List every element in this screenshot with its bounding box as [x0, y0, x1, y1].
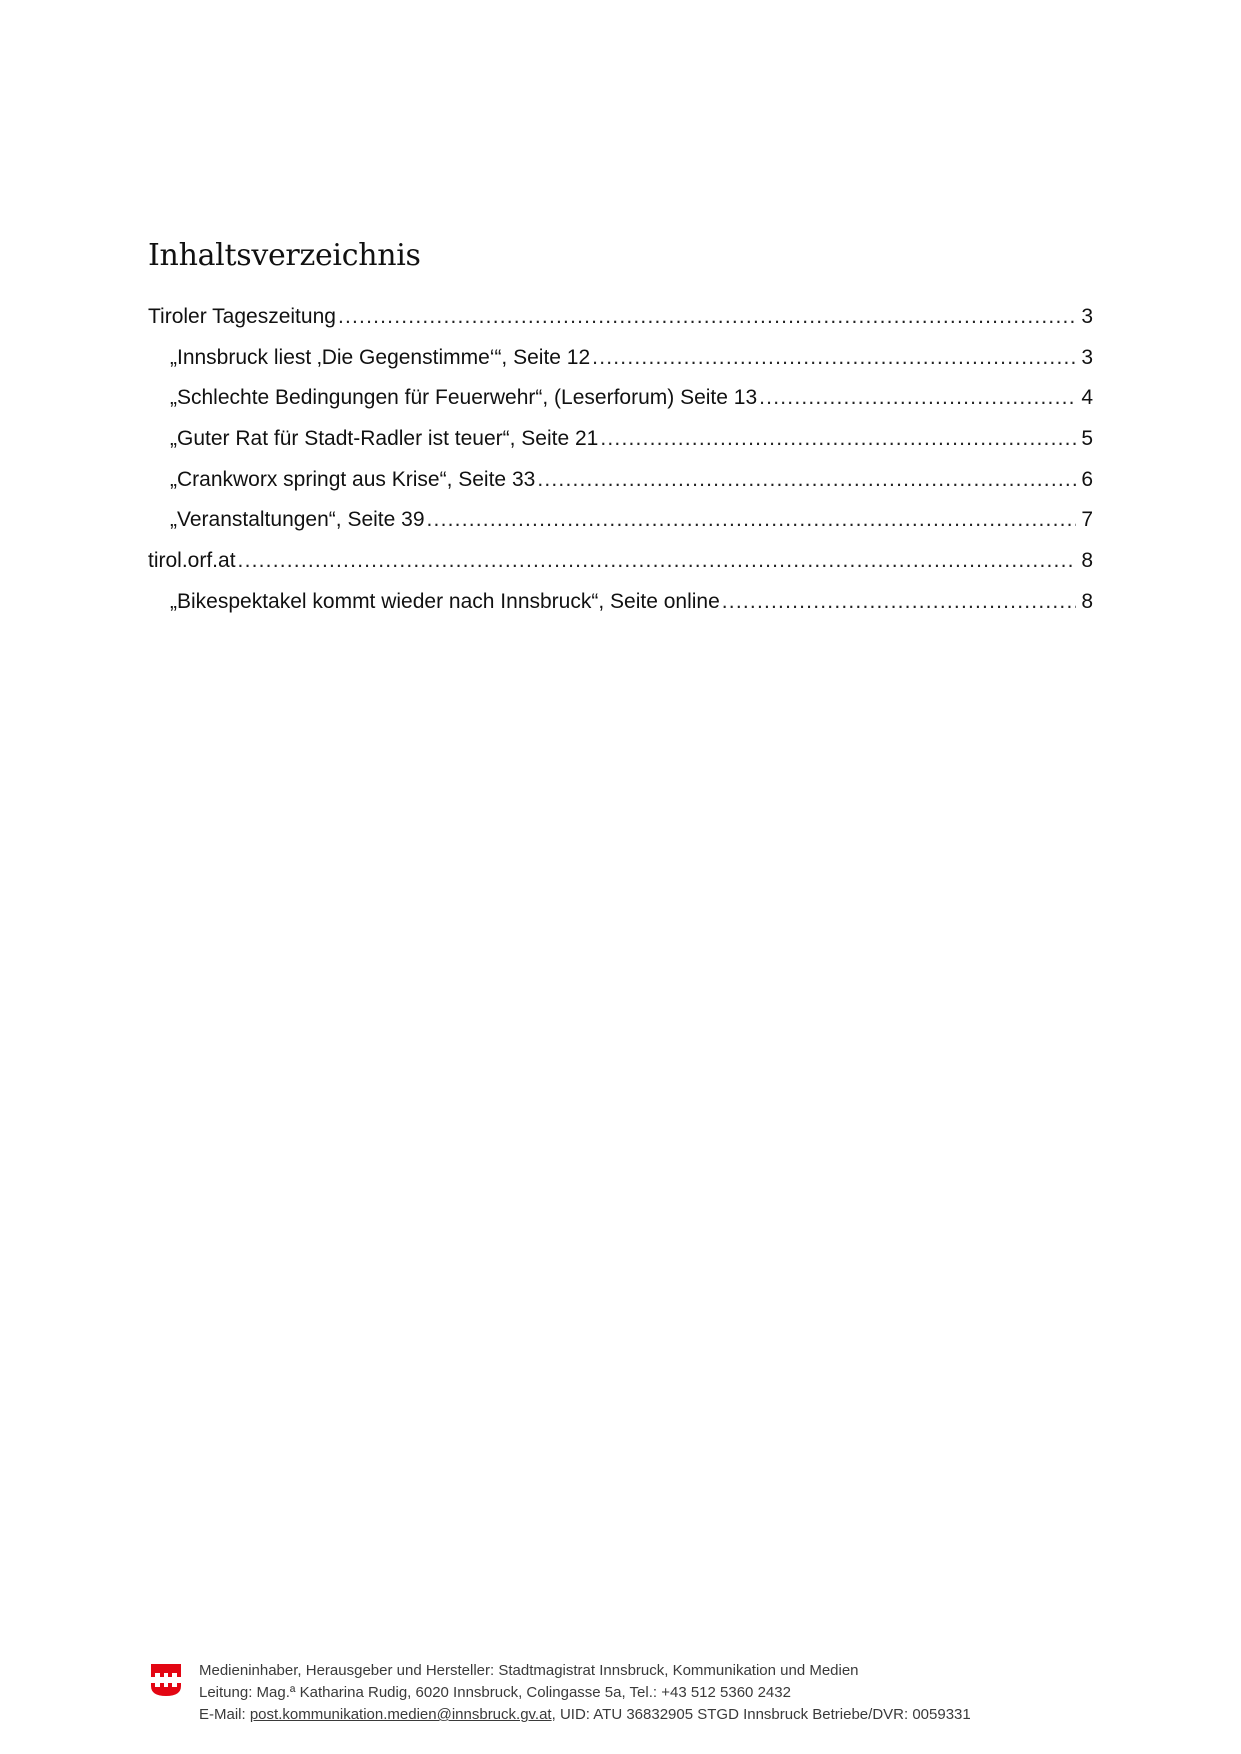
toc-page-number: 8: [1079, 548, 1093, 574]
toc-dot-leader: [600, 426, 1076, 452]
toc-entry-label: „Innsbruck liest ‚Die Gegenstimme‘“, Sei…: [170, 345, 590, 371]
toc-dot-leader: [722, 589, 1076, 615]
toc-dot-leader: [238, 548, 1076, 574]
page-title: Inhaltsverzeichnis: [148, 236, 421, 276]
footer-email-line: E-Mail: post.kommunikation.medien@innsbr…: [199, 1704, 971, 1726]
toc-dot-leader: [759, 385, 1076, 411]
toc-entry[interactable]: „Guter Rat für Stadt-Radler ist teuer“, …: [148, 426, 1093, 467]
toc-entry[interactable]: tirol.orf.at 8: [148, 548, 1093, 589]
toc-entry-label: tirol.orf.at: [148, 548, 236, 574]
footer-imprint: Medieninhaber, Herausgeber und Herstelle…: [199, 1660, 971, 1726]
toc-entry[interactable]: „Innsbruck liest ‚Die Gegenstimme‘“, Sei…: [148, 345, 1093, 386]
toc-entry-label: Tiroler Tageszeitung: [148, 304, 336, 330]
footer-email-link[interactable]: post.kommunikation.medien@innsbruck.gv.a…: [250, 1706, 552, 1723]
toc-entry-label: „Crankworx springt aus Krise“, Seite 33: [170, 467, 535, 493]
footer-contact-line: Leitung: Mag.ª Katharina Rudig, 6020 Inn…: [199, 1682, 971, 1704]
toc-dot-leader: [427, 507, 1076, 533]
toc-entry[interactable]: „Bikespektakel kommt wieder nach Innsbru…: [148, 589, 1093, 630]
toc-page-number: 8: [1079, 589, 1093, 615]
toc-dot-leader: [537, 467, 1076, 493]
toc-dot-leader: [592, 345, 1076, 371]
toc-dot-leader: [338, 304, 1076, 330]
toc-page-number: 5: [1079, 426, 1093, 452]
toc-entry-label: „Bikespektakel kommt wieder nach Innsbru…: [170, 589, 720, 615]
toc-page-number: 6: [1079, 467, 1093, 493]
toc-entry-label: „Schlechte Bedingungen für Feuerwehr“, (…: [170, 385, 757, 411]
table-of-contents: Tiroler Tageszeitung 3 „Innsbruck liest …: [148, 304, 1093, 630]
toc-page-number: 3: [1079, 345, 1093, 371]
toc-page-number: 3: [1079, 304, 1093, 330]
toc-page-number: 4: [1079, 385, 1093, 411]
toc-entry-label: „Veranstaltungen“, Seite 39: [170, 507, 425, 533]
toc-page-number: 7: [1079, 507, 1093, 533]
footer-email-prefix: E-Mail:: [199, 1706, 250, 1723]
innsbruck-bridge-emblem-icon: [150, 1662, 182, 1698]
toc-entry[interactable]: Tiroler Tageszeitung 3: [148, 304, 1093, 345]
toc-entry[interactable]: „Schlechte Bedingungen für Feuerwehr“, (…: [148, 385, 1093, 426]
footer-publisher-line: Medieninhaber, Herausgeber und Herstelle…: [199, 1660, 971, 1682]
footer-uid-text: , UID: ATU 36832905 STGD Innsbruck Betri…: [552, 1706, 971, 1723]
toc-entry[interactable]: „Crankworx springt aus Krise“, Seite 33 …: [148, 467, 1093, 508]
toc-entry[interactable]: „Veranstaltungen“, Seite 39 7: [148, 507, 1093, 548]
toc-entry-label: „Guter Rat für Stadt-Radler ist teuer“, …: [170, 426, 598, 452]
